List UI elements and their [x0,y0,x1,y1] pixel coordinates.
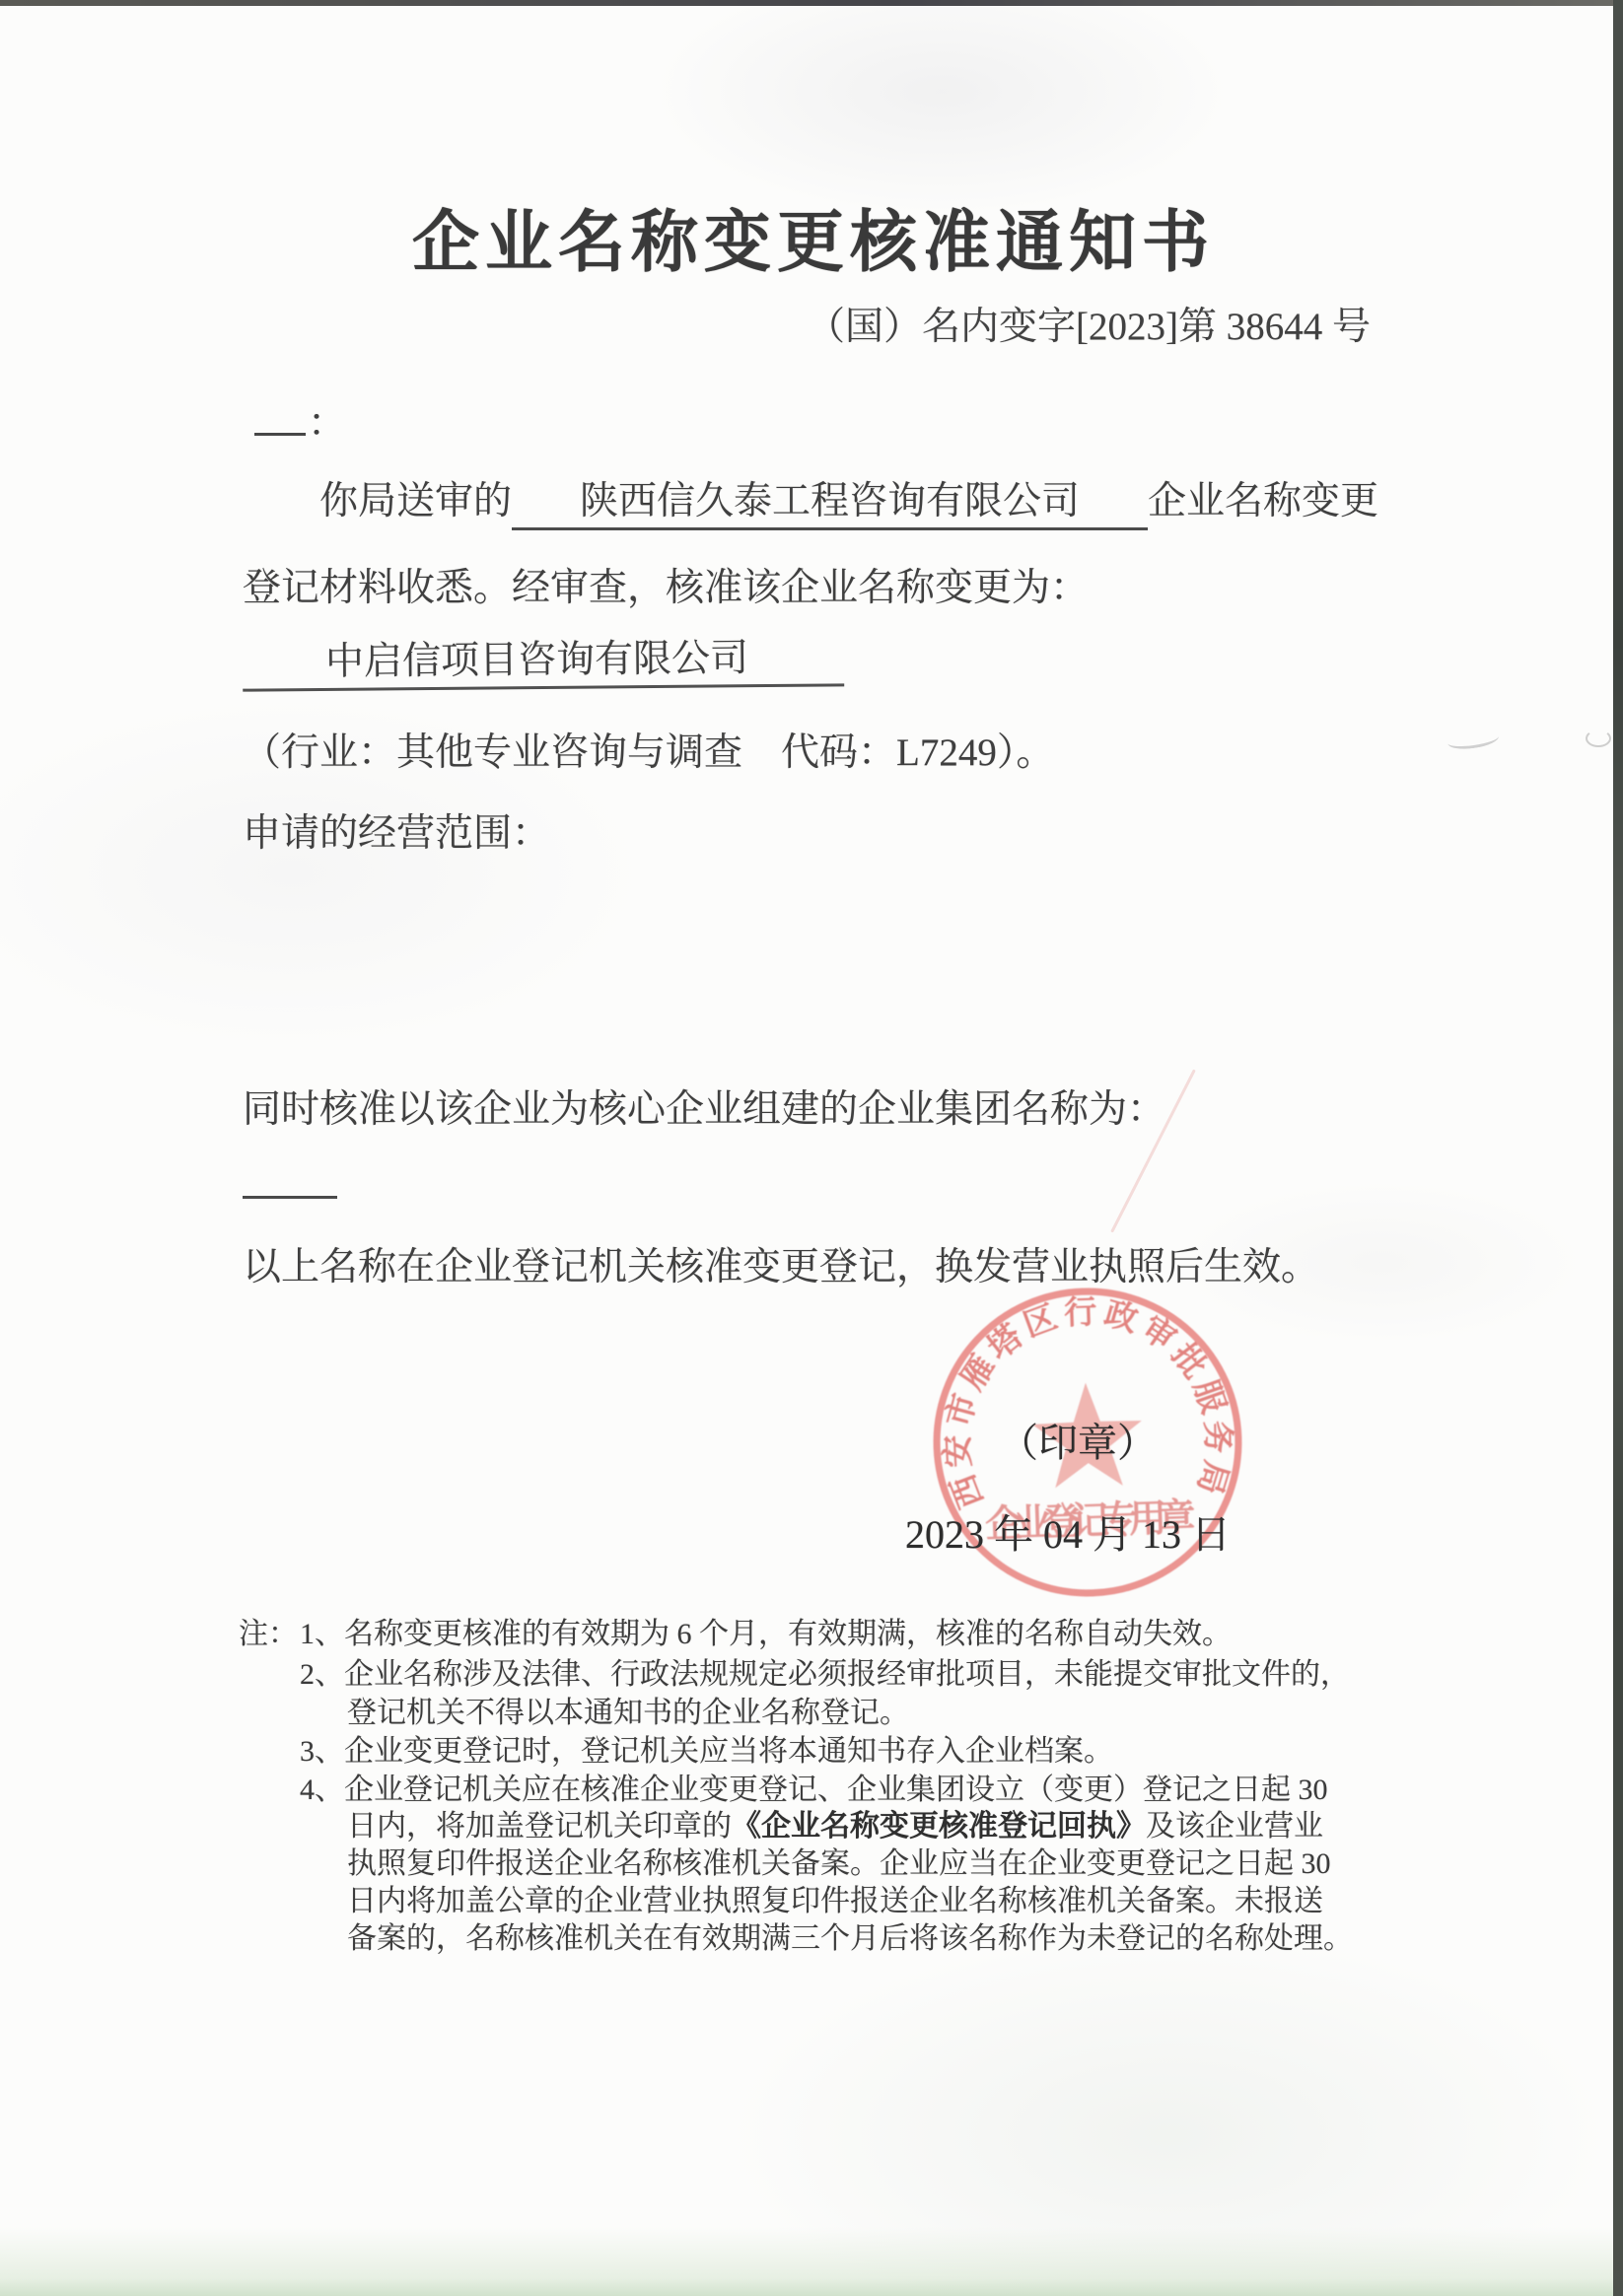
document-number: （国）名内变字[2023]第 38644 号 [807,296,1371,351]
note-1: 1、名称变更核准的有效期为 6 个月，有效期满，核准的名称自动失效。 [300,1616,1232,1653]
addressee-blank-underline [254,399,306,436]
seal-placeholder-text: （印章） [999,1412,1157,1468]
addressee-blank: ： [254,392,346,448]
new-company-name-underlined: 中启信项目咨询有限公司 [243,632,844,691]
group-name-blank-underline [243,1196,337,1199]
body-line1-prefix: 你局送审的 [319,476,512,527]
effective-line: 以上名称在企业登记机关核准变更登记，换发营业执照后生效。 [243,1242,1319,1293]
addressee-colon: ： [308,402,346,445]
note-4-line5: 备案的，名称核准机关在有效期满三个月后将该名称作为未登记的名称处理。 [347,1920,1353,1958]
page-title: 企业名称变更核准通知书 [412,189,1215,285]
scan-right-edge [1613,0,1623,2296]
scan-smudge [1447,728,1500,751]
note-4-line2-bold-receipt-title: 《企业名称变更核准登记回执》 [732,1810,1146,1843]
note-4-line2: 日内，将加盖登记机关印章的《企业名称变更核准登记回执》及该企业营业 [347,1808,1323,1845]
note-4-line3: 执照复印件报送企业名称核准机关备案。企业应当在企业变更登记之日起 30 [347,1845,1331,1883]
body-line1-suffix: 企业名称变更 [1148,476,1378,527]
notes-label: 注： [239,1616,298,1653]
scan-top-edge [0,0,1623,6]
body-line2: 登记材料收悉。经审查，核准该企业名称变更为： [243,563,1089,614]
scanned-document-page: 企业名称变更核准通知书 （国）名内变字[2023]第 38644 号 ： 你局送… [0,0,1623,2296]
industry-code-line: （行业：其他专业咨询与调查 代码：L7249）。 [243,728,1054,779]
scan-smudge [1586,730,1611,747]
note-2-line1: 2、企业名称涉及法律、行政法规规定必须报经审批项目，未能提交审批文件的， [300,1656,1350,1694]
issue-date: 2023 年 04 月 13 日 [905,1503,1231,1560]
note-4-line2-pre: 日内，将加盖登记机关印章的 [347,1810,732,1843]
note-4-line2-post: 及该企业营业 [1146,1810,1323,1843]
note-4-line1: 4、企业登记机关应在核准企业变更登记、企业集团设立（变更）登记之日起 30 [300,1772,1328,1809]
business-scope-label: 申请的经营范围： [243,808,550,860]
group-name-line: 同时核准以该企业为核心企业组建的企业集团名称为： [243,1084,1165,1136]
note-3: 3、企业变更登记时，登记机关应当将本通知书存入企业档案。 [300,1733,1113,1771]
old-company-name-underlined: 陕西信久泰工程咨询有限公司 [512,476,1148,530]
note-2-line2: 登记机关不得以本通知书的企业名称登记。 [347,1695,909,1732]
scan-bottom-tint [0,2227,1623,2296]
note-4-line4: 日内将加盖公章的企业营业执照复印件报送企业名称核准机关备案。未报送 [347,1883,1323,1920]
